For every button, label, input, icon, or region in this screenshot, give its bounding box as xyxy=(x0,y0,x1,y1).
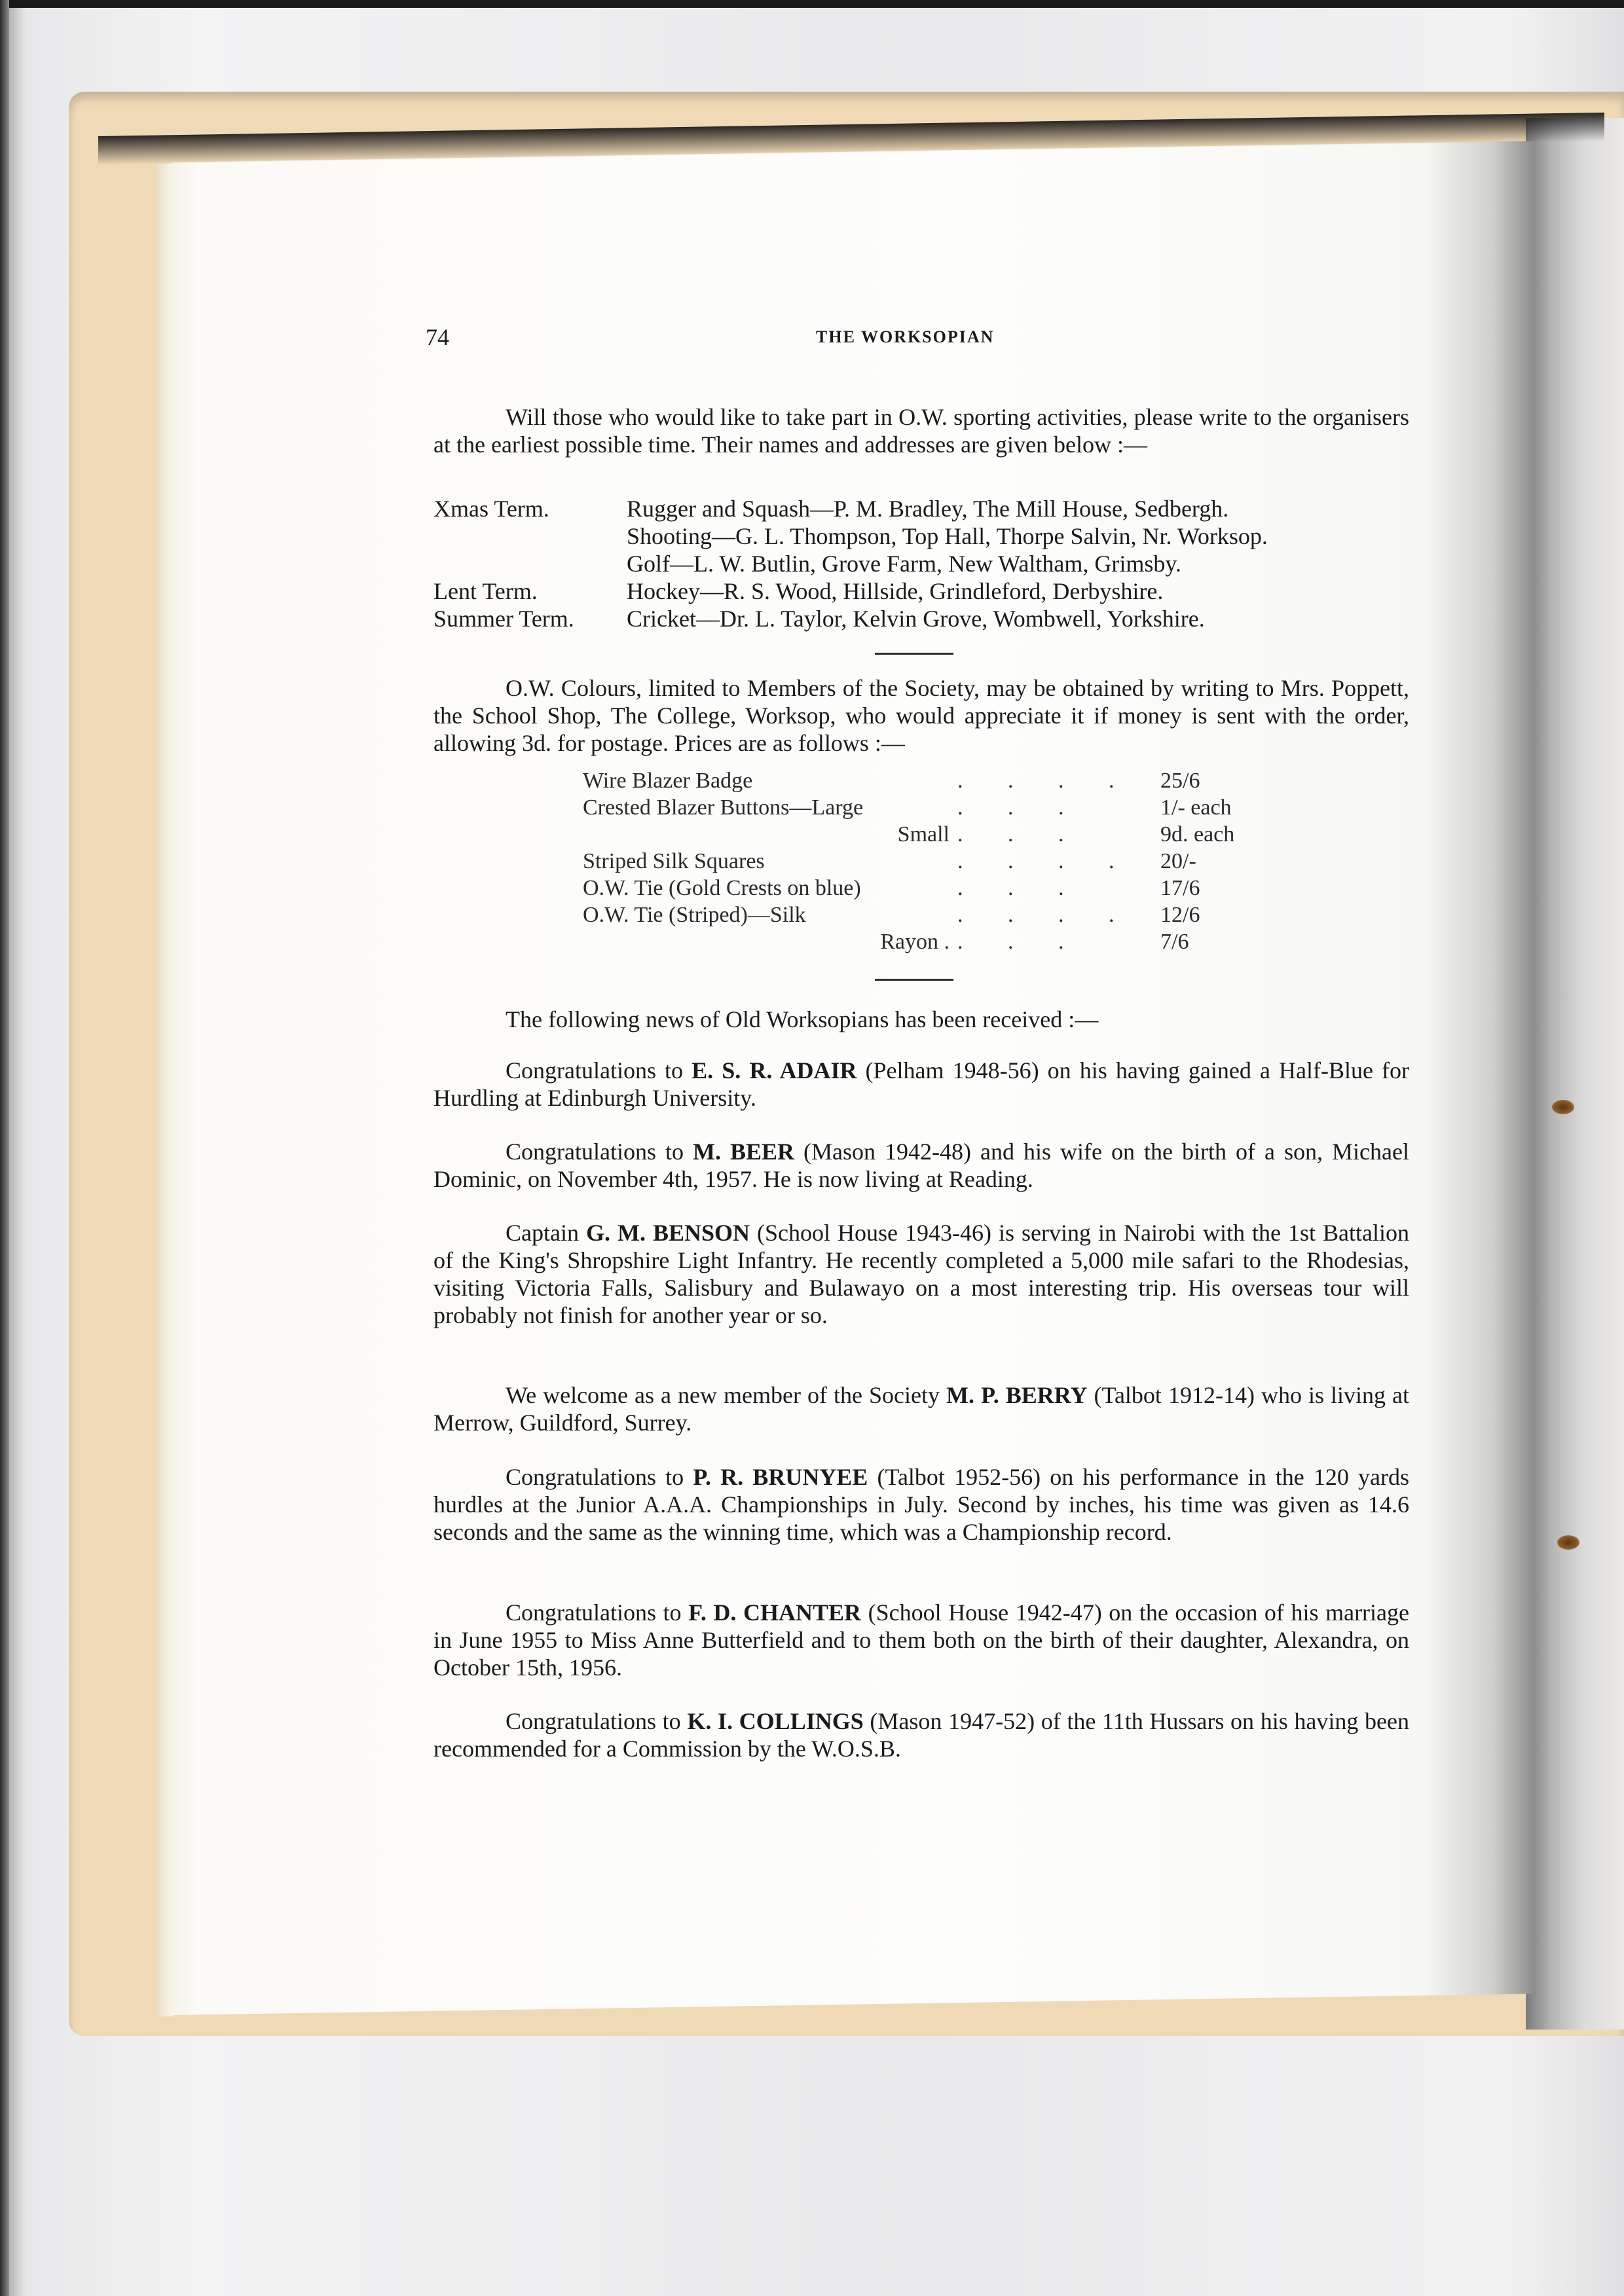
news-item: Captain G. M. BENSON (School House 1943-… xyxy=(434,1219,1409,1329)
price-value: 25/6 xyxy=(1160,767,1278,794)
price-item: Wire Blazer Badge xyxy=(583,767,950,794)
news-pre: Congratulations to xyxy=(506,1599,688,1626)
leader-dots: . . . . . xyxy=(950,767,1160,794)
news-item: Congratulations to F. D. CHANTER (School… xyxy=(434,1599,1409,1681)
page-content: 74 THE WORKSOPIAN Will those who would l… xyxy=(0,0,1624,2296)
price-row: Small. . .9d. each xyxy=(583,821,1278,848)
news-name: P. R. BRUNYEE xyxy=(693,1464,868,1490)
organisers-list: Xmas Term.Rugger and Squash—P. M. Bradle… xyxy=(434,495,1268,632)
section-divider xyxy=(875,979,953,981)
news-item: We welcome as a new member of the Societ… xyxy=(434,1381,1409,1436)
organiser-entry: Hockey—R. S. Wood, Hillside, Grindleford… xyxy=(627,577,1163,605)
news-pre: Congratulations to xyxy=(506,1708,687,1734)
intro-text: Will those who would like to take part i… xyxy=(434,404,1409,458)
price-item: O.W. Tie (Gold Crests on blue) xyxy=(583,875,950,902)
leader-dots: . . . xyxy=(950,821,1160,848)
organiser-row: Shooting—G. L. Thompson, Top Hall, Thorp… xyxy=(434,522,1268,550)
organiser-row: Lent Term.Hockey—R. S. Wood, Hillside, G… xyxy=(434,577,1268,605)
news-name: E. S. R. ADAIR xyxy=(692,1057,857,1084)
term-label xyxy=(434,550,627,577)
price-row: Crested Blazer Buttons—Large. . .1/- eac… xyxy=(583,794,1278,821)
news-name: M. BEER xyxy=(693,1139,794,1165)
leader-dots: . . . . . xyxy=(950,848,1160,875)
intro-paragraph: Will those who would like to take part i… xyxy=(434,403,1409,458)
organiser-entry: Rugger and Squash—P. M. Bradley, The Mil… xyxy=(627,495,1228,522)
price-row: O.W. Tie (Striped)—Silk. . . .12/6 xyxy=(583,902,1278,928)
price-value: 7/6 xyxy=(1160,928,1278,955)
price-value: 1/- each xyxy=(1160,794,1278,821)
organiser-entry: Cricket—Dr. L. Taylor, Kelvin Grove, Wom… xyxy=(627,605,1205,632)
term-label xyxy=(434,522,627,550)
price-item: Crested Blazer Buttons—Large xyxy=(583,794,950,821)
page-number: 74 xyxy=(426,323,449,351)
price-item: Small xyxy=(583,821,950,848)
news-item: Congratulations to K. I. COLLINGS (Mason… xyxy=(434,1707,1409,1762)
term-label: Xmas Term. xyxy=(434,495,627,522)
news-name: K. I. COLLINGS xyxy=(687,1708,863,1734)
term-label: Lent Term. xyxy=(434,577,627,605)
organiser-row: Summer Term.Cricket—Dr. L. Taylor, Kelvi… xyxy=(434,605,1268,632)
price-value: 17/6 xyxy=(1160,875,1278,902)
news-name: M. P. BERRY xyxy=(946,1382,1087,1408)
price-value: 20/- xyxy=(1160,848,1278,875)
colours-paragraph: O.W. Colours, limited to Members of the … xyxy=(434,674,1409,757)
organiser-entry: Golf—L. W. Butlin, Grove Farm, New Walth… xyxy=(627,550,1181,577)
price-list: Wire Blazer Badge. . . . .25/6 Crested B… xyxy=(583,767,1278,955)
news-intro-text: The following news of Old Worksopians ha… xyxy=(506,1006,1098,1032)
price-value: 9d. each xyxy=(1160,821,1278,848)
colours-text: O.W. Colours, limited to Members of the … xyxy=(434,675,1409,756)
price-row: Wire Blazer Badge. . . . .25/6 xyxy=(583,767,1278,794)
term-label: Summer Term. xyxy=(434,605,627,632)
running-head: THE WORKSOPIAN xyxy=(816,327,994,347)
news-pre: Congratulations to xyxy=(506,1057,692,1084)
news-pre: Congratulations to xyxy=(506,1464,693,1490)
organiser-entry: Shooting—G. L. Thompson, Top Hall, Thorp… xyxy=(627,522,1268,550)
price-value: 12/6 xyxy=(1160,902,1278,928)
news-name: G. M. BENSON xyxy=(586,1220,750,1246)
news-item: Congratulations to M. BEER (Mason 1942-4… xyxy=(434,1138,1409,1193)
news-item: Congratulations to E. S. R. ADAIR (Pelha… xyxy=(434,1057,1409,1112)
leader-dots: . . . xyxy=(950,794,1160,821)
news-item: Congratulations to P. R. BRUNYEE (Talbot… xyxy=(434,1463,1409,1546)
news-pre: We welcome as a new member of the Societ… xyxy=(506,1382,946,1408)
price-item: Rayon . xyxy=(583,928,950,955)
news-name: F. D. CHANTER xyxy=(688,1599,861,1626)
news-intro: The following news of Old Worksopians ha… xyxy=(434,1006,1409,1033)
price-row: O.W. Tie (Gold Crests on blue). . .17/6 xyxy=(583,875,1278,902)
organiser-row: Xmas Term.Rugger and Squash—P. M. Bradle… xyxy=(434,495,1268,522)
price-row: Striped Silk Squares. . . . .20/- xyxy=(583,848,1278,875)
price-item: Striped Silk Squares xyxy=(583,848,950,875)
news-pre: Captain xyxy=(506,1220,586,1246)
news-pre: Congratulations to xyxy=(506,1139,693,1165)
price-row: Rayon .. . .7/6 xyxy=(583,928,1278,955)
section-divider xyxy=(875,653,953,655)
leader-dots: . . . . xyxy=(950,902,1160,928)
leader-dots: . . . xyxy=(950,928,1160,955)
price-item: O.W. Tie (Striped)—Silk xyxy=(583,902,950,928)
organiser-row: Golf—L. W. Butlin, Grove Farm, New Walth… xyxy=(434,550,1268,577)
leader-dots: . . . xyxy=(950,875,1160,902)
